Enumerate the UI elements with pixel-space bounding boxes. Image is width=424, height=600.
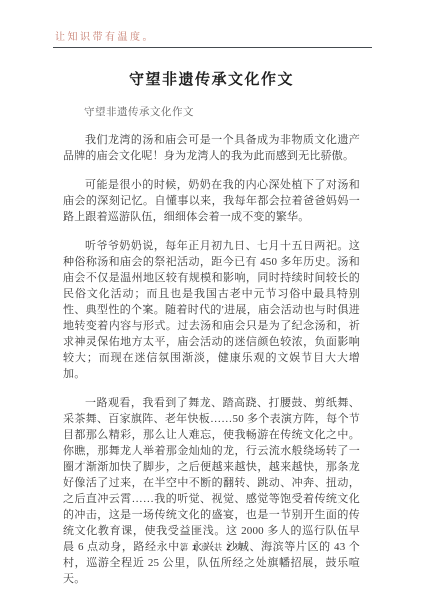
- header-slogan: 让知识带有温度。: [55, 28, 372, 43]
- footer-middle: 页/共: [198, 542, 227, 552]
- document-body: 守望非遗传承文化作文 守望非遗传承文化作文 我们龙湾的汤和庙会可是一个具备成为非…: [63, 60, 360, 587]
- page-footer: 第 1 页/共 2 页: [0, 541, 424, 553]
- paragraph-1: 我们龙湾的汤和庙会可是一个具备成为非物质文化遗产品牌的庙会文化呢！身为龙湾人的我…: [63, 132, 360, 164]
- paragraph-2: 可能是很小的时候，奶奶在我的内心深处植下了对汤和庙会的深刻记忆。自懂事以来，我每…: [63, 177, 360, 225]
- footer-prefix: 第: [180, 542, 193, 552]
- paragraph-3: 听爷爷奶奶说，每年正月初九日、七月十五日两祀。这种俗称汤和庙会的祭祀活动，距今已…: [63, 238, 360, 382]
- header-divider: [53, 47, 372, 48]
- document-page: 让知识带有温度。 守望非遗传承文化作文 守望非遗传承文化作文 我们龙湾的汤和庙会…: [0, 0, 424, 600]
- paragraph-4: 一路观看，我看到了舞龙、踏高跷、打腰鼓、剪纸舞、采茶舞、百家旗阵、老年快板……5…: [63, 395, 360, 587]
- footer-suffix: 页: [232, 542, 245, 552]
- document-subtitle: 守望非遗传承文化作文: [63, 104, 360, 119]
- document-title: 守望非遗传承文化作文: [63, 68, 360, 89]
- page-header: 让知识带有温度。: [53, 28, 372, 48]
